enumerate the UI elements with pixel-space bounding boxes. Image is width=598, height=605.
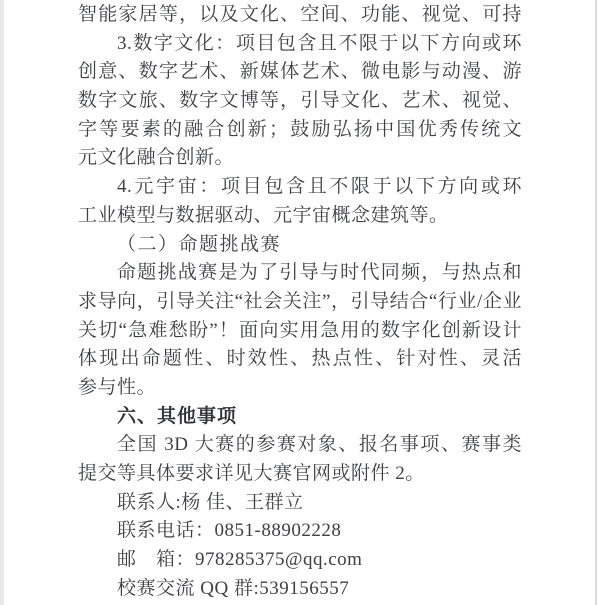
contact-email-line: 邮 箱：978285375@qq.com [78,546,522,575]
body-line: 字等要素的融合创新；鼓励弘扬中国优秀传统文化，鼓励多 [78,116,522,145]
contact-phone-line: 联系电话：0851-88902228 [78,517,522,546]
page-left-edge [0,0,4,605]
body-line: 提交等具体要求详见大赛官网或附件 2。 [78,460,522,489]
document-page: 智能家居等，以及文化、空间、功能、视觉、可持续等要素。3.数字文化：项目包含且不… [0,0,598,605]
body-line: 工业模型与数据驱动、元宇宙概念建筑等。 [78,202,522,231]
body-line: 数字文旅、数字文博等，引导文化、艺术、视觉、交互、数 [78,87,522,116]
body-line: 智能家居等，以及文化、空间、功能、视觉、可持续等要素。 [78,1,522,30]
contact-person-line: 联系人:杨 佳、王群立 [78,489,522,518]
body-line: 命题挑战赛是为了引导与时代同频，与热点和拍，与需 [78,259,522,288]
body-line: 创意、数字艺术、新媒体艺术、微电影与动漫、游戏设计、 [78,58,522,87]
item-3-digital-culture-line: 3.数字文化：项目包含且不限于以下方向或环节：文化 [78,30,522,59]
item-4-metaverse-line: 4.元宇宙：项目包含且不限于以下方向或环节：数字人、 [78,173,522,202]
contact-qq-group-line: 校赛交流 QQ 群:539156557 [78,575,522,604]
body-line: 全国 3D 大赛的参赛对象、报名事项、赛事类别、作品 [78,431,522,460]
section-heading-other-matters: 六、其他事项 [78,403,522,432]
body-line: 参与性。 [78,374,522,403]
document-text-block: 智能家居等，以及文化、空间、功能、视觉、可持续等要素。3.数字文化：项目包含且不… [78,1,522,603]
body-line: 元文化融合创新。 [78,144,522,173]
body-line: 求导向，引导关注“社会关注”，引导结合“行业/企业应用”， [78,288,522,317]
page-right-edge [595,0,597,605]
subsection-heading-challenge: （二）命题挑战赛 [78,231,522,260]
body-line: 体现出命题性、时效性、热点性、针对性、灵活性、趣味性、 [78,345,522,374]
body-line: 关切“急难愁盼”！面向实用急用的数字化创新设计实践， [78,317,522,346]
